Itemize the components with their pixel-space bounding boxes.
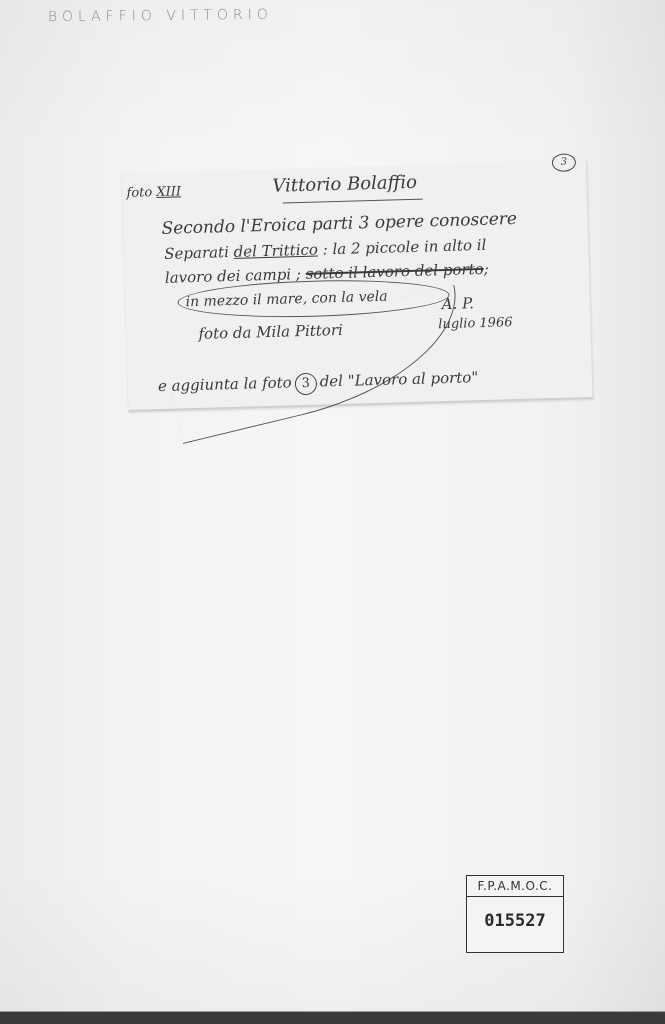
author-name: Vittorio Bolaffio [272,172,417,197]
note-line-3-post: ; [483,260,489,278]
scan-bottom-edge [0,1011,665,1024]
note-line-6-pre: e aggiunta la foto [158,373,292,395]
note-line-6-post: del "Lavoro al porto" [319,368,478,390]
foto-number-label: foto XIII [126,184,181,201]
stamp-inventory-number: 015527 [467,901,563,941]
note-line-2-underlined: del Trittico [233,241,318,261]
circled-photo-number: 3 [294,373,317,396]
note-line-1: Secondo l'Eroica parti 3 opere conoscere [161,209,517,239]
foto-number: XIII [156,184,181,200]
corner-circled-number: 3 [552,153,576,172]
signature-initials: A. P. [442,294,475,313]
note-line-2-pre: Separati [164,243,234,263]
note-line-2-post: : la 2 piccole in alto il [318,236,487,259]
note-date: luglio 1966 [438,315,513,332]
foto-label: foto [126,185,152,201]
archive-header-label: BOLAFFIO VITTORIO [48,7,273,25]
author-name-underline [283,199,423,204]
archive-stamp: F.P.A.M.O.C. 015527 [466,875,564,953]
stamp-organization: F.P.A.M.O.C. [467,876,563,897]
note-line-2: Separati del Trittico : la 2 piccole in … [164,236,487,263]
handwritten-note-card: foto XIII Vittorio Bolaffio 3 Secondo l'… [122,161,593,412]
